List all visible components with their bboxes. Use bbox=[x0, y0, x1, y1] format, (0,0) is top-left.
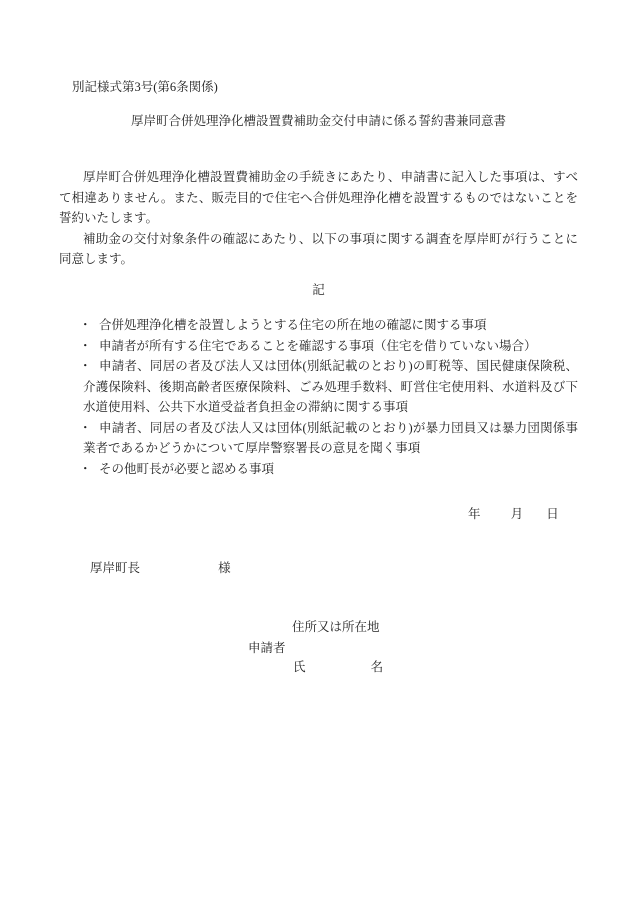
name-label-right: 名 bbox=[371, 660, 384, 674]
list-item: ・ 合併処理浄化槽を設置しようとする住宅の所在地の確認に関する事項 bbox=[83, 315, 578, 336]
applicant-name-line: 氏 名 bbox=[293, 657, 383, 678]
applicant-address-label: 住所又は所在地 bbox=[292, 617, 380, 638]
list-item-text: その他町長が必要と認める事項 bbox=[99, 462, 274, 476]
document-page: 別記様式第3号(第6条関係) 厚岸町合併処理浄化槽設置費補助金交付申請に係る誓約… bbox=[0, 0, 630, 903]
bullet-marker: ・ bbox=[79, 356, 92, 377]
form-number: 別記様式第3号(第6条関係) bbox=[72, 77, 218, 98]
body-text: 厚岸町合併処理浄化槽設置費補助金の手続きにあたり、申請書に記入した事項は、すべて… bbox=[59, 167, 578, 270]
survey-items-list: ・ 合併処理浄化槽を設置しようとする住宅の所在地の確認に関する事項 ・ 申請者が… bbox=[83, 315, 578, 479]
list-item-text: 申請者、同居の者及び法人又は団体(別紙記載のとおり)が暴力団員又は暴力団関係事業… bbox=[83, 421, 578, 456]
bullet-marker: ・ bbox=[79, 315, 92, 336]
list-item-text: 申請者、同居の者及び法人又は団体(別紙記載のとおり)の町税等、国民健康保険税、介… bbox=[83, 359, 578, 414]
date-line: 年 月 日 bbox=[468, 504, 559, 525]
record-heading: 記 bbox=[59, 280, 578, 301]
list-item: ・ 申請者が所有する住宅であることを確認する事項（住宅を借りていない場合） bbox=[83, 336, 578, 357]
pledge-paragraph: 厚岸町合併処理浄化槽設置費補助金の手続きにあたり、申請書に記入した事項は、すべて… bbox=[59, 167, 578, 229]
year-label: 年 bbox=[468, 507, 481, 521]
list-item: ・ 申請者、同居の者及び法人又は団体(別紙記載のとおり)の町税等、国民健康保険税… bbox=[83, 356, 578, 418]
bullet-marker: ・ bbox=[79, 459, 92, 480]
list-item: ・ その他町長が必要と認める事項 bbox=[83, 459, 578, 480]
list-item: ・ 申請者、同居の者及び法人又は団体(別紙記載のとおり)が暴力団員又は暴力団関係… bbox=[83, 418, 578, 459]
list-item-text: 申請者が所有する住宅であることを確認する事項（住宅を借りていない場合） bbox=[99, 339, 537, 353]
month-label: 月 bbox=[511, 507, 524, 521]
consent-paragraph: 補助金の交付対象条件の確認にあたり、以下の事項に関する調査を厚岸町が行うことに同… bbox=[59, 229, 578, 270]
day-label: 日 bbox=[546, 507, 559, 521]
applicant-label: 申請者 bbox=[248, 638, 286, 659]
addressee-honorific: 様 bbox=[218, 561, 231, 575]
bullet-marker: ・ bbox=[79, 336, 92, 357]
document-title: 厚岸町合併処理浄化槽設置費補助金交付申請に係る誓約書兼同意書 bbox=[59, 111, 578, 132]
bullet-marker: ・ bbox=[79, 418, 92, 439]
addressee-line: 厚岸町長 様 bbox=[90, 558, 231, 579]
addressee-title: 厚岸町長 bbox=[90, 561, 140, 575]
list-item-text: 合併処理浄化槽を設置しようとする住宅の所在地の確認に関する事項 bbox=[99, 318, 487, 332]
name-label-left: 氏 bbox=[293, 660, 306, 674]
